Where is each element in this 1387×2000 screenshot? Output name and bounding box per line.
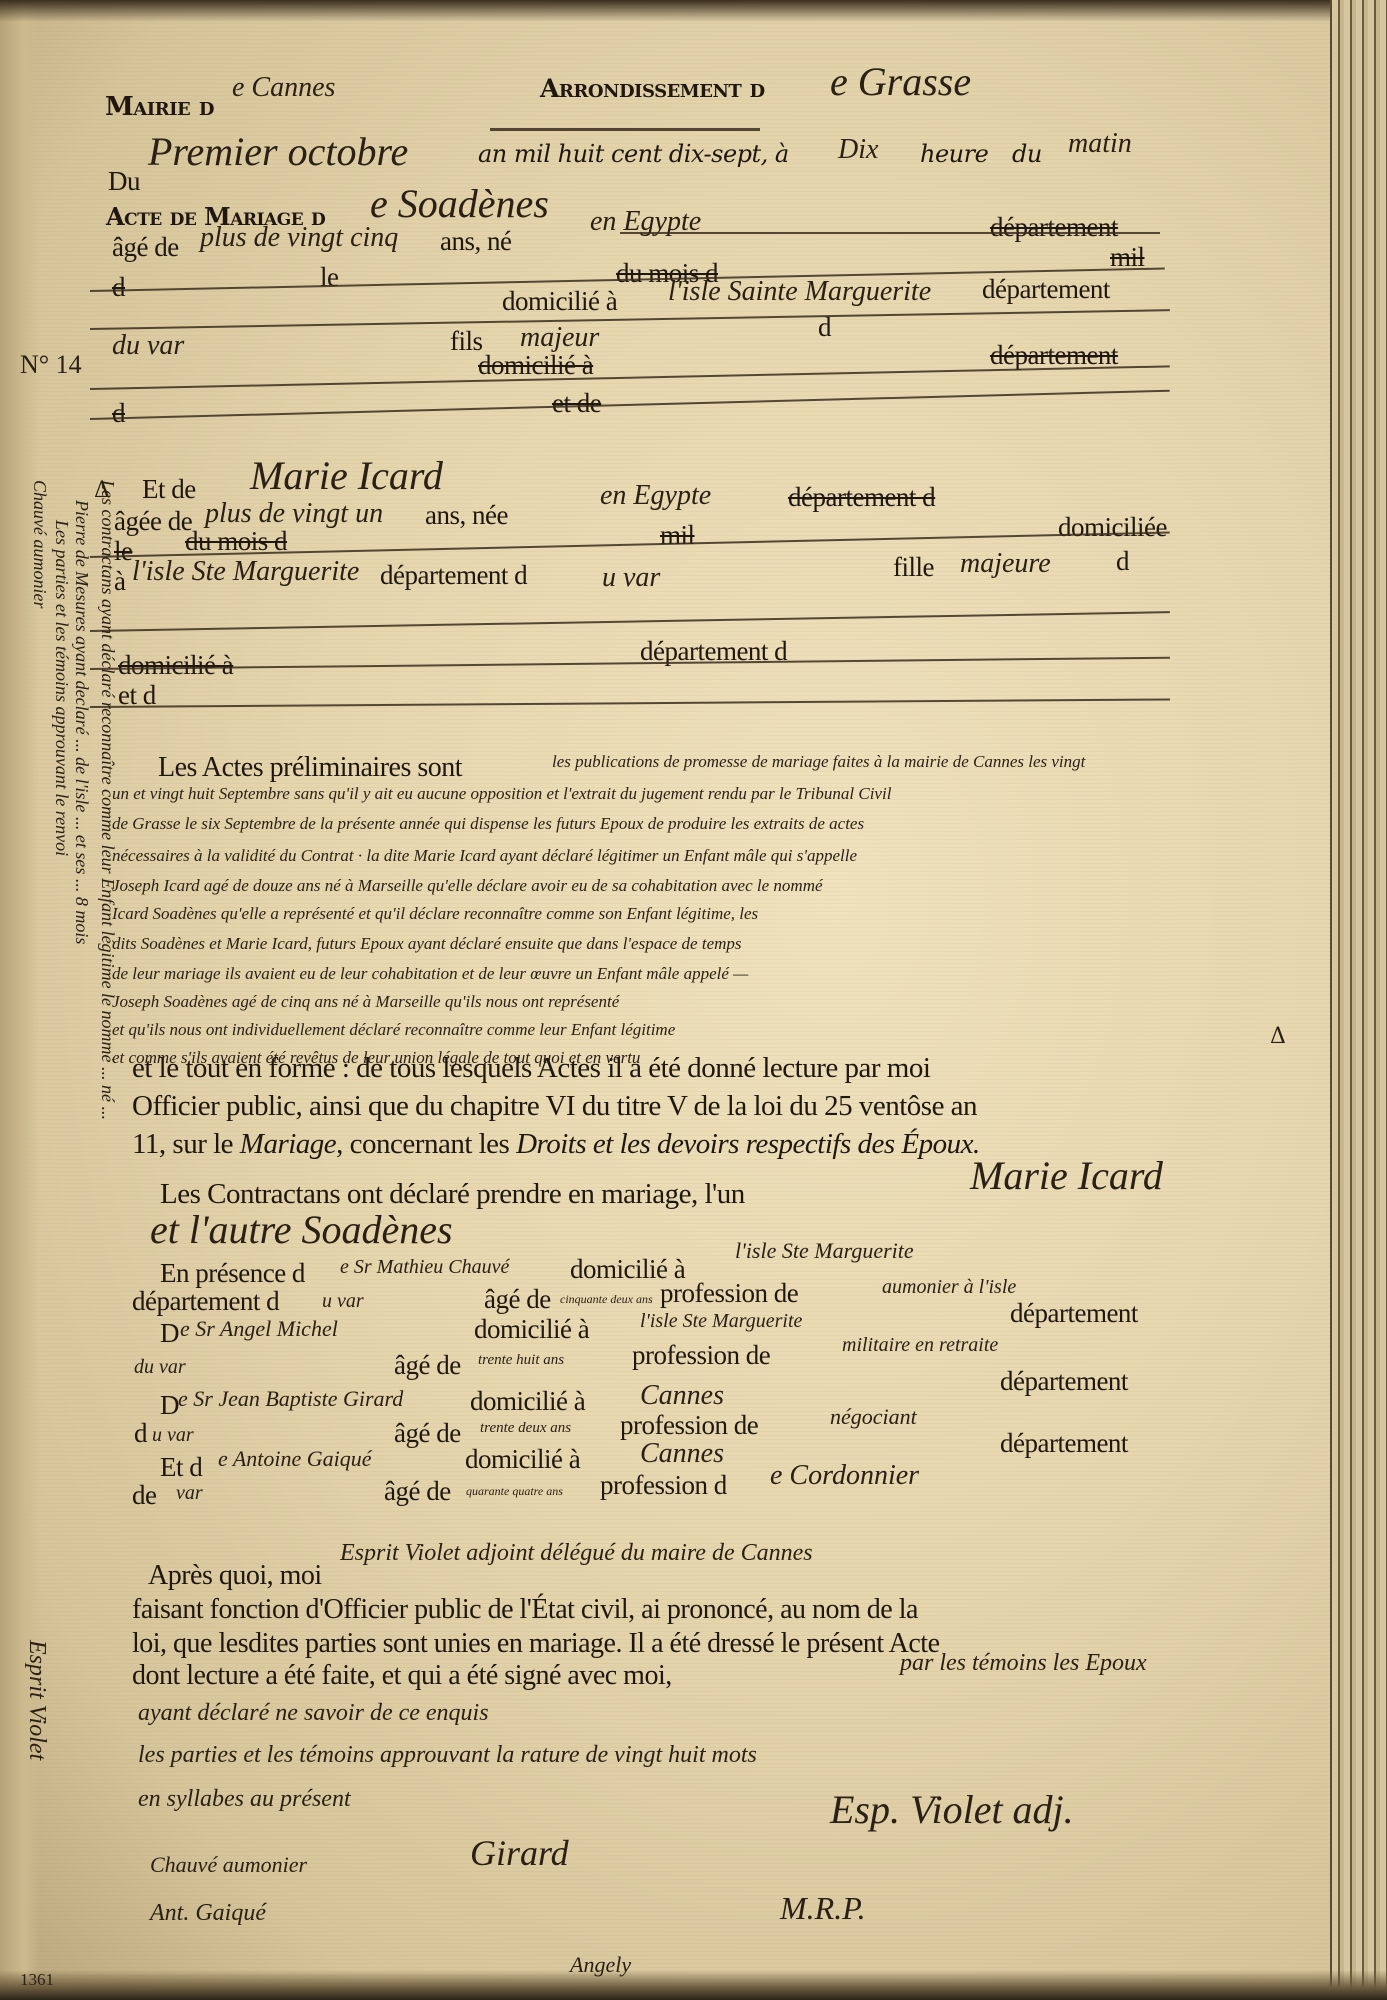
witness-1-profession: aumonier à l'isle	[882, 1276, 1016, 1299]
groom-d-label-2: d	[818, 312, 831, 343]
witness-3-domicile: Cannes	[640, 1380, 724, 1412]
prelim-line-7: dits Soadènes et Marie Icard, futurs Epo…	[112, 934, 742, 954]
mairie-value: e Cannes	[232, 72, 335, 104]
signature-initials: M.R.P.	[780, 1890, 866, 1927]
bottom-edge	[0, 1970, 1387, 2000]
bride-nee-label: ans, née	[425, 500, 508, 531]
signature-angely: Angely	[570, 1952, 631, 1978]
witness-2-departement-value: du var	[134, 1356, 186, 1379]
groom-departement-value: du var	[112, 330, 184, 362]
witness-3-age-label: âgé de	[394, 1418, 461, 1449]
witness-3-name: e Sr Jean Baptiste Girard	[178, 1386, 403, 1412]
prelim-line-5: Joseph Icard agé de douze ans né à Marse…	[112, 876, 823, 896]
legal-line-3a: 11, sur le	[132, 1128, 233, 1160]
witness-3-domicilie-label: domicilié à	[470, 1386, 585, 1417]
closing-line-2: faisant fonction d'Officier public de l'…	[132, 1594, 918, 1626]
witness-4-age-label: âgé de	[384, 1476, 451, 1507]
bride-mil-label: mil	[660, 520, 695, 551]
witness-2-age-label: âgé de	[394, 1350, 461, 1381]
witness-2-domicile: l'isle Ste Marguerite	[640, 1310, 802, 1333]
prelim-line-8: de leur mariage ils avaient eu de leur c…	[112, 964, 748, 984]
closing-hand-line-1: ayant déclaré ne savoir de ce enquis	[138, 1700, 489, 1727]
groom-domicilie-label: domicilié à	[502, 286, 617, 317]
bride-departement-label: département d	[788, 482, 935, 513]
witness-4-prefix: Et d	[160, 1452, 202, 1483]
register-page: Mairie d e Cannes Arrondissement d e Gra…	[0, 0, 1387, 2000]
closing-hand-line-3: en syllabes au présent	[138, 1786, 351, 1813]
bride-name: Marie Icard	[250, 452, 443, 499]
declaration-autre: et l'autre Soadènes	[150, 1206, 453, 1253]
witness-1-age: cinquante deux ans	[560, 1292, 653, 1307]
line-rule	[90, 611, 1170, 632]
du-label: Du	[108, 166, 140, 197]
arrondissement-value: e Grasse	[830, 58, 971, 105]
bride-departement-value: u var	[602, 562, 660, 594]
prelim-line-1: les publications de promesse de mariage …	[552, 752, 1085, 772]
hour-value: Dix	[838, 134, 878, 166]
year-text: an mil huit cent dix-sept, à	[478, 140, 789, 168]
groom-et-de-label: et de	[552, 388, 601, 419]
mairie-label: Mairie d	[105, 92, 214, 122]
witness-1-departement-label: département d	[132, 1286, 279, 1317]
witness-1-age-label: âgé de	[484, 1284, 551, 1315]
declaration-un: Marie Icard	[970, 1152, 1163, 1199]
groom-domicile: l'isle Sainte Marguerite	[668, 276, 931, 308]
signature-violet: Esp. Violet adj.	[830, 1786, 1074, 1833]
prelim-line-3: de Grasse le six Septembre de la présent…	[112, 814, 864, 834]
margin-note-1: Les contractans ayant déclaré reconnaîtr…	[97, 480, 118, 1120]
bride-fille-label: fille	[893, 552, 934, 583]
prelim-insertion-mark: Δ	[1270, 1024, 1286, 1049]
prelim-line-2: un et vingt huit Septembre sans qu'il y …	[112, 784, 891, 804]
entry-number: N° 14	[20, 350, 82, 380]
header-rule	[490, 128, 760, 131]
witness-1-profession-label: profession de	[660, 1278, 798, 1309]
bride-d-label: d	[1116, 546, 1129, 577]
witness-2-prefix: D	[160, 1318, 179, 1349]
witness-3-departement-value: u var	[152, 1424, 194, 1447]
prelim-line-4: nécessaires à la validité du Contrat · l…	[112, 846, 857, 866]
preliminaires-label: Les Actes préliminaires sont	[158, 752, 462, 784]
witness-3-profession-label: profession de	[620, 1410, 758, 1441]
prelim-line-6: Icard Soadènes qu'elle a représenté et q…	[112, 904, 758, 924]
witness-1-domicile: l'isle Ste Marguerite	[735, 1238, 914, 1264]
witness-4-domicile: Cannes	[640, 1438, 724, 1470]
witness-3-prefix: D	[160, 1390, 179, 1421]
closing-hand-line-2: les parties et les témoins approuvant la…	[138, 1742, 757, 1769]
legal-droits: Droits et les devoirs respectifs des Épo…	[516, 1128, 980, 1160]
strike-rule	[90, 390, 1170, 420]
legal-line-3: 11, sur le Mariage, concernant les Droit…	[132, 1128, 980, 1161]
witness-4-departement-label: département	[1000, 1428, 1128, 1459]
prelim-line-10: et qu'ils nous ont individuellement décl…	[112, 1020, 675, 1040]
top-shadow	[0, 0, 1387, 22]
closing-line-3: loi, que lesdites parties sont unies en …	[132, 1628, 940, 1660]
witness-2-profession: militaire en retraite	[842, 1334, 998, 1357]
prelim-line-9: Joseph Soadènes agé de cinq ans né à Mar…	[112, 992, 619, 1012]
groom-departement-label: département	[990, 212, 1118, 243]
groom-age-label: âgé de	[112, 232, 179, 263]
strike-rule	[90, 657, 1170, 670]
bride-fille-value: majeure	[960, 548, 1051, 580]
witness-4-name: e Antoine Gaiqué	[218, 1446, 372, 1472]
witness-2-profession-label: profession de	[632, 1340, 770, 1371]
signature-gaique: Ant. Gaiqué	[150, 1900, 266, 1927]
groom-ne-label: ans, né	[440, 226, 511, 257]
margin-note-3: Les parties et les témoins approuvant le…	[51, 520, 72, 856]
legal-line-2: Officier public, ainsi que du chapitre V…	[132, 1090, 977, 1123]
date-day-month: Premier octobre	[148, 128, 408, 175]
legal-line-3b: , concernant les	[336, 1128, 509, 1160]
witness-2-departement-label: département	[1010, 1298, 1138, 1329]
bride-departement-label-2: département d	[380, 560, 527, 591]
witness-3-departement-label: département	[1000, 1366, 1128, 1397]
line-rule	[90, 309, 1170, 330]
closing-line-4: dont lecture a été faite, et qui a été s…	[132, 1660, 672, 1692]
apres-label: Après quoi, moi	[148, 1560, 322, 1592]
bride-domiciliee-label: domiciliée	[1058, 512, 1167, 543]
bride-birthplace: en Egypte	[600, 480, 711, 512]
officer-name: Esprit Violet adjoint délégué du maire d…	[340, 1540, 813, 1567]
signature-girard: Girard	[470, 1832, 569, 1874]
page-number: 1361	[20, 1970, 54, 1990]
witness-1-departement-value: u var	[322, 1290, 364, 1313]
strike-rule	[620, 232, 1160, 234]
bride-domicile: l'isle Ste Marguerite	[132, 556, 359, 588]
witness-4-de-label: de	[132, 1480, 156, 1511]
witness-4-profession-label: profession d	[600, 1470, 727, 1501]
groom-name: e Soadènes	[370, 180, 549, 227]
page-stack-edge	[1330, 0, 1387, 2000]
groom-d-label-3: d	[112, 398, 125, 429]
margin-note-4: Chauvé aumonier	[29, 480, 50, 608]
witness-2-name: e Sr Angel Michel	[180, 1316, 338, 1342]
witness-4-departement-value: var	[176, 1482, 203, 1505]
groom-age: plus de vingt cinq	[200, 222, 398, 254]
hour-label: heure	[920, 140, 988, 168]
witness-4-domicilie-label: domicilié à	[465, 1444, 580, 1475]
witness-2-age: trente huit ans	[478, 1352, 564, 1369]
witness-1-prefix: En présence d	[160, 1258, 305, 1289]
bride-domicilie-label: domicilié à	[118, 650, 233, 681]
line-rule	[90, 698, 1170, 708]
arrondissement-label: Arrondissement d	[540, 74, 765, 103]
margin-signature: Esprit Violet	[23, 1640, 50, 1760]
margin-note-2: Pierre de Mesures ayant declaré ... de l…	[71, 500, 92, 944]
witness-4-age: quarante quatre ans	[466, 1484, 563, 1499]
witness-3-d-label: d	[134, 1418, 147, 1449]
closing-handwritten-after: par les témoins les Epoux	[900, 1650, 1147, 1677]
groom-le-label: le	[320, 262, 339, 293]
period-value: matin	[1068, 128, 1132, 160]
legal-mariage: Mariage	[240, 1128, 336, 1160]
strike-rule	[90, 365, 1170, 390]
bride-age-label: âgée de	[114, 506, 192, 537]
bride-et-de-label: Et de	[142, 474, 196, 505]
witness-1-name: e Sr Mathieu Chauvé	[340, 1256, 509, 1279]
groom-domicilie-label-2: domicilié à	[478, 350, 593, 381]
witness-4-profession: e Cordonnier	[770, 1460, 919, 1492]
groom-departement-label-2: département	[982, 274, 1110, 305]
du-label-2: du	[1012, 140, 1042, 168]
groom-d-label: d	[112, 272, 125, 303]
witness-3-profession: négociant	[830, 1404, 917, 1430]
witness-3-age: trente deux ans	[480, 1420, 571, 1437]
legal-line-1: et le tout en forme : de tous lesquels A…	[132, 1052, 930, 1085]
signature-chauve: Chauvé aumonier	[150, 1852, 307, 1878]
witness-2-domicilie-label: domicilié à	[474, 1314, 589, 1345]
